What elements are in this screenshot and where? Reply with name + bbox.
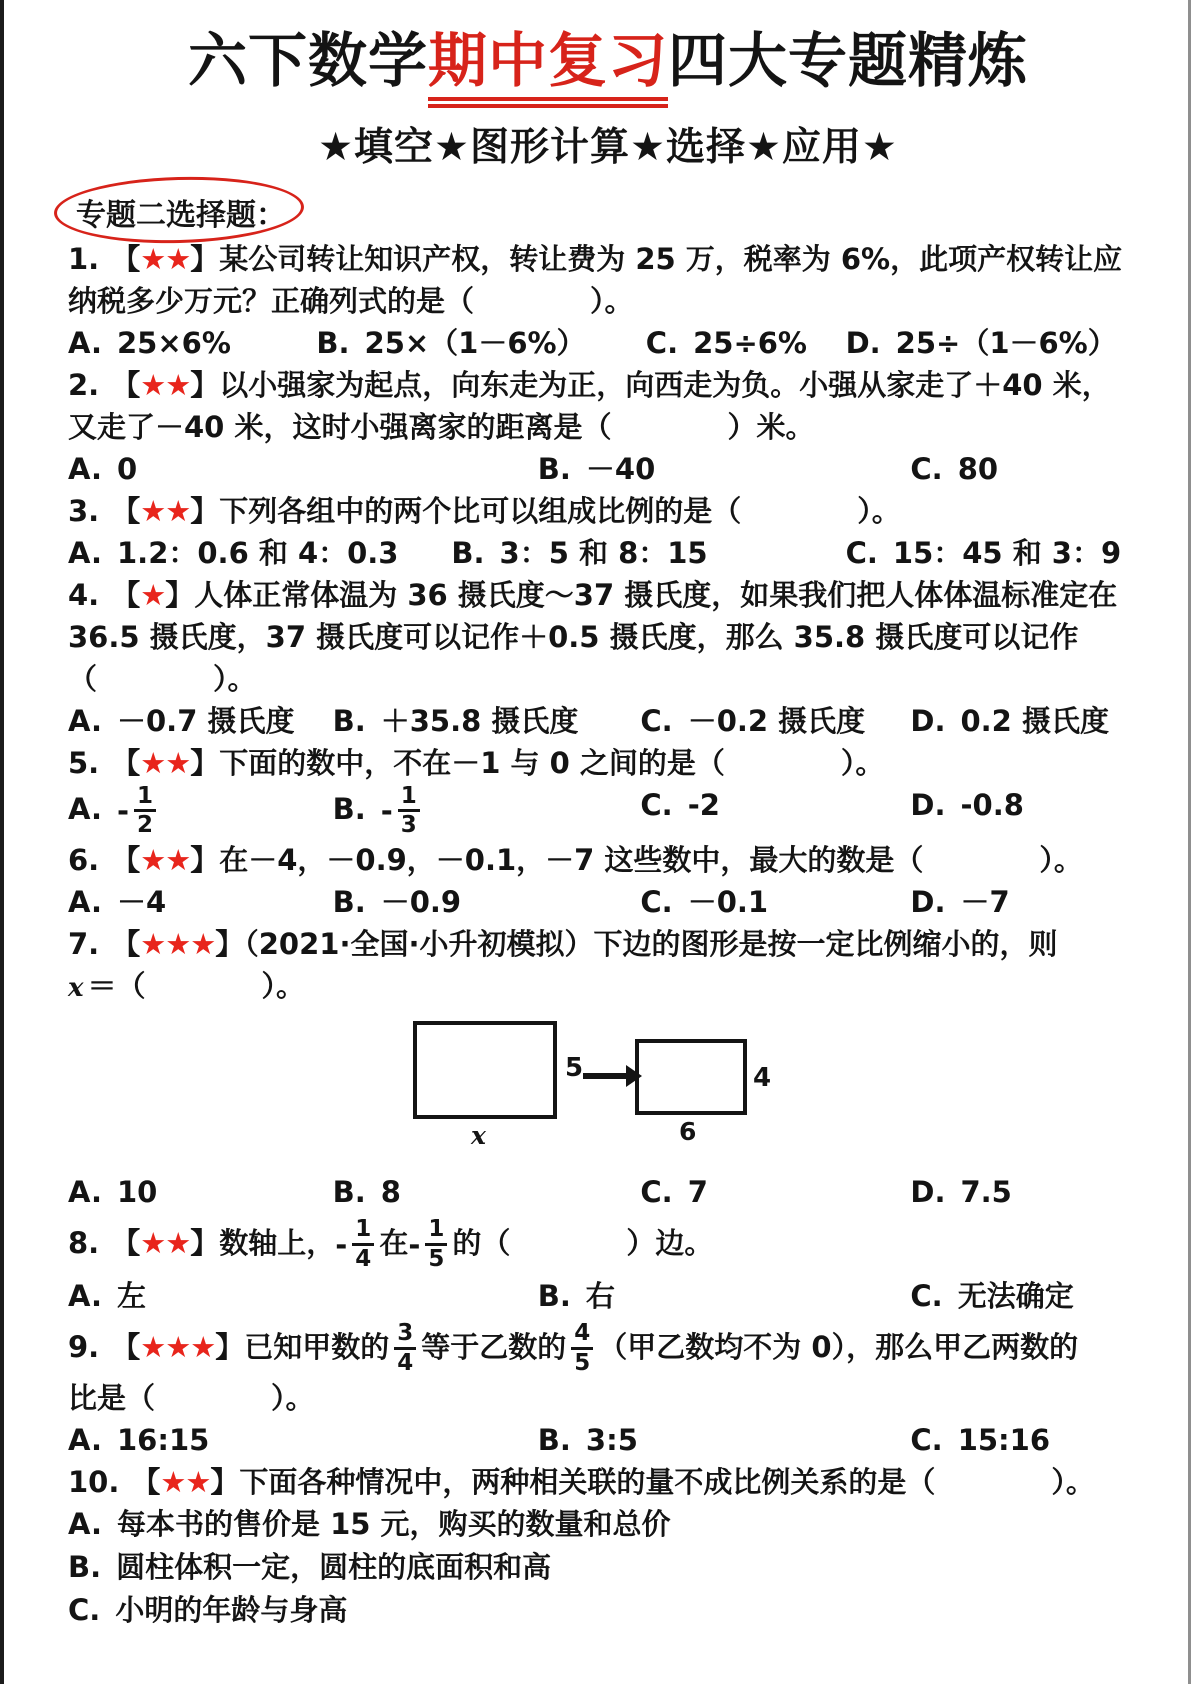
question-block-7: 7.【★★★】（2021·全国·小升初模拟）下边的图形是按一定比例缩小的，则 x… <box>68 923 1148 1213</box>
bracket-close: 】 <box>190 843 219 877</box>
option-label: A. <box>68 885 102 919</box>
option-a: A.左 <box>68 1275 538 1317</box>
option-c: C.无法确定 <box>910 1275 1148 1317</box>
worksheet-page: 六下数学期中复习四大专题精炼 ★填空★图形计算★选择★应用★ 专题二选择题： 1… <box>0 0 1191 1684</box>
option-text: 3：5 和 8：15 <box>500 536 708 570</box>
question-number: 1. <box>68 242 99 276</box>
option-b: B.25×（1－6%） <box>316 322 645 364</box>
question-block-10: 10.【★★】下面各种情况中，两种相关联的量不成比例关系的是（ ）。 A.每本书… <box>68 1461 1148 1632</box>
page-title: 六下数学期中复习四大专题精炼 <box>68 26 1148 108</box>
bracket-close: 】 <box>210 1465 239 1499</box>
options-row: A.1.2：0.6 和 4：0.3 B.3：5 和 8：15 C.15：45 和… <box>68 532 1148 574</box>
fraction-numerator: 4 <box>571 1321 593 1347</box>
question-block-8: 8.【★★】数轴上，-14在-15的（ ）边。 A.左 B.右 C.无法确定 <box>68 1213 1148 1317</box>
fraction-denominator: 5 <box>571 1347 593 1377</box>
question-block-2: 2.【★★】以小强家为起点，向东走为正，向西走为负。小强从家走了＋40 米， 又… <box>68 364 1148 490</box>
option-text: 左 <box>117 1279 146 1313</box>
option-d: D.0.2 摄氏度 <box>910 700 1148 742</box>
option-text: 每本书的售价是 15 元，购买的数量和总价 <box>117 1507 671 1541</box>
fraction-sign: - <box>335 1215 347 1275</box>
option-text: 7 <box>688 1175 708 1209</box>
option-label: C. <box>846 536 878 570</box>
bracket-open: 【 <box>111 494 140 528</box>
option-label: A. <box>68 326 102 360</box>
question-text: （2021·全国·小升初模拟）下边的图形是按一定比例缩小的，则 <box>244 927 1057 961</box>
question-block-4: 4.【★】人体正常体温为 36 摄氏度～37 摄氏度，如果我们把人体体温标准定在… <box>68 574 1148 742</box>
option-label: B. <box>538 452 571 486</box>
figure-label-small-height: 4 <box>753 1065 771 1091</box>
option-d: D.7.5 <box>910 1171 1148 1213</box>
option-label: D. <box>910 788 945 822</box>
question-block-6: 6.【★★】在－4，－0.9，－0.1，－7 这些数中，最大的数是（ ）。 A.… <box>68 839 1148 923</box>
option-d: D.－7 <box>910 881 1148 923</box>
option-b: B.3：5 和 8：15 <box>451 532 845 574</box>
option-a: A.0 <box>68 448 538 490</box>
option-b: B.－40 <box>538 448 911 490</box>
option-label: B. <box>333 792 366 826</box>
star-rating: ★ <box>140 578 165 612</box>
question-text: 在－4，－0.9，－0.1，－7 这些数中，最大的数是（ ）。 <box>219 843 1083 877</box>
worksheet-content: 六下数学期中复习四大专题精炼 ★填空★图形计算★选择★应用★ 专题二选择题： 1… <box>4 0 1188 1632</box>
star-rating: ★★★ <box>140 927 215 961</box>
option-b: B.－0.9 <box>333 881 641 923</box>
bracket-close: 】 <box>190 1226 219 1260</box>
option-label: A. <box>68 1507 102 1541</box>
option-label: A. <box>68 704 102 738</box>
option-a: A.－0.7 摄氏度 <box>68 700 333 742</box>
question-text: 某公司转让知识产权，转让费为 25 万，税率为 6%，此项产权转让应 <box>219 242 1122 276</box>
fraction: 12 <box>134 784 156 840</box>
question-number: 2. <box>68 368 99 402</box>
bracket-open: 【 <box>111 1330 140 1364</box>
bracket-close: 】 <box>190 242 219 276</box>
question-number: 3. <box>68 494 99 528</box>
option-label: B. <box>333 885 366 919</box>
option-label: D. <box>846 326 881 360</box>
star-rating: ★★ <box>140 368 190 402</box>
bracket-open: 【 <box>111 927 140 961</box>
question-text: 下列各组中的两个比可以组成比例的是（ ）。 <box>219 494 901 528</box>
star-rating: ★★ <box>140 494 190 528</box>
option-text: -0.8 <box>960 788 1023 822</box>
option-c: C.小明的年龄与身高 <box>68 1589 1148 1632</box>
title-left: 六下数学 <box>188 26 428 95</box>
option-b: B.＋35.8 摄氏度 <box>333 700 641 742</box>
question-10-line-1: 10.【★★】下面各种情况中，两种相关联的量不成比例关系的是（ ）。 <box>68 1461 1148 1503</box>
bracket-close: 】 <box>215 1330 244 1364</box>
option-a: A.1.2：0.6 和 4：0.3 <box>68 532 451 574</box>
question-block-1: 1.【★★】某公司转让知识产权，转让费为 25 万，税率为 6%，此项产权转让应… <box>68 238 1148 364</box>
option-label: C. <box>646 326 678 360</box>
bracket-open: 【 <box>111 746 140 780</box>
options-row: A.0 B.－40 C.80 <box>68 448 1148 490</box>
star-rating: ★★ <box>160 1465 210 1499</box>
option-c: C.15:16 <box>910 1419 1148 1461</box>
option-c: C.15：45 和 3：9 <box>846 532 1148 574</box>
options-row: A.－0.7 摄氏度 B.＋35.8 摄氏度 C.－0.2 摄氏度 D.0.2 … <box>68 700 1148 742</box>
question-block-9: 9.【★★★】已知甲数的34等于乙数的45（甲乙数均不为 0），那么甲乙两数的 … <box>68 1317 1148 1461</box>
question-3-line-1: 3.【★★】下列各组中的两个比可以组成比例的是（ ）。 <box>68 490 1148 532</box>
fraction: 13 <box>398 784 420 840</box>
fraction-denominator: 4 <box>394 1347 416 1377</box>
question-9-line-2: 比是（ ）。 <box>68 1377 1148 1419</box>
question-number: 9. <box>68 1330 99 1364</box>
option-label: A. <box>68 792 102 826</box>
option-c: C.25÷6% <box>646 322 846 364</box>
option-label: C. <box>640 704 672 738</box>
option-text: 1.2：0.6 和 4：0.3 <box>117 536 399 570</box>
section-wrap: 专题二选择题： <box>68 182 1148 238</box>
bracket-close: 】 <box>190 368 219 402</box>
option-c: C.-2 <box>640 784 910 840</box>
question-number: 4. <box>68 578 99 612</box>
question-block-3: 3.【★★】下列各组中的两个比可以组成比例的是（ ）。 A.1.2：0.6 和 … <box>68 490 1148 574</box>
options-row: A.10 B.8 C.7 D.7.5 <box>68 1171 1148 1213</box>
option-b: B.右 <box>538 1275 911 1317</box>
star-rating: ★★ <box>140 242 190 276</box>
option-label: B. <box>316 326 349 360</box>
title-right: 四大专题精炼 <box>668 26 1028 95</box>
option-d: D.25÷（1－6%） <box>846 322 1148 364</box>
question-number: 6. <box>68 843 99 877</box>
option-text: 16:15 <box>117 1423 209 1457</box>
question-text: 的（ ）边。 <box>452 1226 713 1260</box>
figure-label-small-width: 6 <box>679 1119 696 1144</box>
question-number: 5. <box>68 746 99 780</box>
option-text: 无法确定 <box>958 1279 1074 1313</box>
fraction-denominator: 4 <box>352 1243 374 1273</box>
star-rating: ★★★ <box>140 1330 215 1364</box>
question-7-line-2: x＝（ ）。 <box>68 965 1148 1009</box>
question-5-line-1: 5.【★★】下面的数中，不在－1 与 0 之间的是（ ）。 <box>68 742 1148 784</box>
option-text: －0.7 摄氏度 <box>117 704 294 738</box>
question-block-5: 5.【★★】下面的数中，不在－1 与 0 之间的是（ ）。 A.-12 B.-1… <box>68 742 1148 840</box>
options-row: A.16:15 B.3:5 C.15:16 <box>68 1419 1148 1461</box>
option-text: 圆柱体积一定，圆柱的底面积和高 <box>116 1550 551 1584</box>
question-2-line-1: 2.【★★】以小强家为起点，向东走为正，向西走为负。小强从家走了＋40 米， <box>68 364 1148 406</box>
option-label: B. <box>333 704 366 738</box>
option-label: A. <box>68 1423 102 1457</box>
bracket-open: 【 <box>111 1226 140 1260</box>
question-text: 数轴上， <box>219 1226 335 1260</box>
fraction-sign: - <box>117 790 129 832</box>
variable-x: x <box>68 973 84 1003</box>
option-label: C. <box>910 452 942 486</box>
small-rectangle <box>635 1039 747 1115</box>
option-text: 15：45 和 3：9 <box>893 536 1121 570</box>
question-4-line-1: 4.【★】人体正常体温为 36 摄氏度～37 摄氏度，如果我们把人体体温标准定在 <box>68 574 1148 616</box>
question-text: 人体正常体温为 36 摄氏度～37 摄氏度，如果我们把人体体温标准定在 <box>194 578 1117 612</box>
option-label: B. <box>68 1550 101 1584</box>
options-row: A.左 B.右 C.无法确定 <box>68 1275 1148 1317</box>
figure-label-large-height: 5 <box>565 1055 583 1081</box>
fraction-numerator: 1 <box>134 784 156 810</box>
option-text: －0.1 <box>688 885 768 919</box>
question-text: 等于乙数的 <box>421 1330 566 1364</box>
bracket-open: 【 <box>111 368 140 402</box>
fraction: 34 <box>394 1321 416 1377</box>
option-b: B.8 <box>333 1171 641 1213</box>
question-text: ＝（ ）。 <box>88 969 306 1003</box>
option-c: C.－0.1 <box>640 881 910 923</box>
question-text: 下面的数中，不在－1 与 0 之间的是（ ）。 <box>219 746 884 780</box>
bracket-open: 【 <box>111 242 140 276</box>
question-7-line-1: 7.【★★★】（2021·全国·小升初模拟）下边的图形是按一定比例缩小的，则 <box>68 923 1148 965</box>
option-c: C.－0.2 摄氏度 <box>640 700 910 742</box>
question-9-line-1: 9.【★★★】已知甲数的34等于乙数的45（甲乙数均不为 0），那么甲乙两数的 <box>68 1317 1148 1377</box>
option-text: 10 <box>117 1175 157 1209</box>
option-label: A. <box>68 452 102 486</box>
bracket-close: 】 <box>165 578 194 612</box>
option-text: 15:16 <box>958 1423 1050 1457</box>
option-label: D. <box>910 1175 945 1209</box>
option-text: 8 <box>381 1175 401 1209</box>
option-text: 80 <box>958 452 998 486</box>
option-text: 3:5 <box>586 1423 638 1457</box>
bracket-open: 【 <box>111 578 140 612</box>
option-label: A. <box>68 1175 102 1209</box>
option-text: －40 <box>586 452 655 486</box>
fraction-sign: - <box>408 1215 420 1275</box>
option-d: D.-0.8 <box>910 784 1148 840</box>
fraction: 14 <box>352 1217 374 1273</box>
options-row: A.25×6% B.25×（1－6%） C.25÷6% D.25÷（1－6%） <box>68 322 1148 364</box>
question-text: 在 <box>379 1226 408 1260</box>
fraction-numerator: 1 <box>398 784 420 810</box>
option-label: A. <box>68 536 102 570</box>
question-8-line-1: 8.【★★】数轴上，-14在-15的（ ）边。 <box>68 1213 1148 1275</box>
option-a: A.－4 <box>68 881 333 923</box>
option-label: C. <box>910 1423 942 1457</box>
fraction-denominator: 3 <box>398 809 420 839</box>
option-text: 25×6% <box>117 326 231 360</box>
option-label: D. <box>910 885 945 919</box>
option-a: A.每本书的售价是 15 元，购买的数量和总价 <box>68 1503 1148 1546</box>
option-text: 右 <box>586 1279 615 1313</box>
option-text: 25×（1－6%） <box>365 326 586 360</box>
scale-figure: 5 4 x 6 <box>413 1021 1148 1159</box>
bracket-close: 】 <box>190 494 219 528</box>
question-6-line-1: 6.【★★】在－4，－0.9，－0.1，－7 这些数中，最大的数是（ ）。 <box>68 839 1148 881</box>
figure-label-large-width: x <box>471 1123 486 1148</box>
option-a: A.25×6% <box>68 322 316 364</box>
option-label: B. <box>451 536 484 570</box>
option-text: 0 <box>117 452 137 486</box>
bracket-open: 【 <box>111 843 140 877</box>
question-1-line-1: 1.【★★】某公司转让知识产权，转让费为 25 万，税率为 6%，此项产权转让应 <box>68 238 1148 280</box>
option-a: A.16:15 <box>68 1419 538 1461</box>
option-c: C.80 <box>910 448 1148 490</box>
options-row: A.－4 B.－0.9 C.－0.1 D.－7 <box>68 881 1148 923</box>
option-text: 0.2 摄氏度 <box>960 704 1108 738</box>
red-oval-annotation <box>53 173 305 246</box>
option-text: 小明的年龄与身高 <box>115 1593 347 1627</box>
option-text: －7 <box>960 885 1009 919</box>
fraction-denominator: 2 <box>134 809 156 839</box>
fraction-denominator: 5 <box>425 1243 447 1273</box>
option-label: C. <box>640 788 672 822</box>
fraction: 15 <box>425 1217 447 1273</box>
section-header: 专题二选择题： <box>68 182 298 240</box>
options-row: A.-12 B.-13 C.-2 D.-0.8 <box>68 784 1148 840</box>
option-text: 25÷6% <box>693 326 807 360</box>
large-rectangle <box>413 1021 557 1119</box>
fraction-numerator: 1 <box>425 1217 447 1243</box>
option-text: 7.5 <box>960 1175 1011 1209</box>
option-text: －0.2 摄氏度 <box>688 704 865 738</box>
option-label: B. <box>538 1279 571 1313</box>
question-4-line-2: 36.5 摄氏度，37 摄氏度可以记作＋0.5 摄氏度，那么 35.8 摄氏度可… <box>68 616 1148 658</box>
option-label: C. <box>68 1593 100 1627</box>
fraction-numerator: 1 <box>352 1217 374 1243</box>
question-4-line-3: （ ）。 <box>68 658 1148 700</box>
question-number: 10. <box>68 1465 119 1499</box>
question-text: 下面各种情况中，两种相关联的量不成比例关系的是（ ）。 <box>239 1465 1095 1499</box>
option-b: B.-13 <box>333 784 641 840</box>
option-text: －0.9 <box>381 885 461 919</box>
option-b: B.3:5 <box>538 1419 911 1461</box>
option-text: 25÷（1－6%） <box>896 326 1117 360</box>
star-rating: ★★ <box>140 1226 190 1260</box>
bracket-close: 】 <box>215 927 244 961</box>
option-c: C.7 <box>640 1171 910 1213</box>
option-label: B. <box>538 1423 571 1457</box>
star-rating: ★★ <box>140 746 190 780</box>
arrow-icon <box>583 1073 627 1079</box>
question-text: （甲乙数均不为 0），那么甲乙两数的 <box>598 1330 1078 1364</box>
question-number: 8. <box>68 1226 99 1260</box>
option-label: A. <box>68 1279 102 1313</box>
question-text: 已知甲数的 <box>244 1330 389 1364</box>
title-highlight: 期中复习 <box>428 26 668 108</box>
option-a: A.10 <box>68 1171 333 1213</box>
question-1-line-2: 纳税多少万元？正确列式的是（ ）。 <box>68 280 1148 322</box>
option-label: D. <box>910 704 945 738</box>
question-number: 7. <box>68 927 99 961</box>
question-2-line-2: 又走了－40 米，这时小强离家的距离是（ ）米。 <box>68 406 1148 448</box>
page-subtitle: ★填空★图形计算★选择★应用★ <box>68 116 1148 172</box>
option-b: B.圆柱体积一定，圆柱的底面积和高 <box>68 1546 1148 1589</box>
option-label: C. <box>640 885 672 919</box>
option-text: -2 <box>688 788 720 822</box>
fraction: 45 <box>571 1321 593 1377</box>
fraction-sign: - <box>381 790 393 832</box>
star-rating: ★★ <box>140 843 190 877</box>
option-a: A.-12 <box>68 784 333 840</box>
bracket-close: 】 <box>190 746 219 780</box>
option-label: C. <box>910 1279 942 1313</box>
option-text: －4 <box>117 885 166 919</box>
bracket-open: 【 <box>131 1465 160 1499</box>
option-label: C. <box>640 1175 672 1209</box>
option-label: B. <box>333 1175 366 1209</box>
question-text: 以小强家为起点，向东走为正，向西走为负。小强从家走了＋40 米， <box>219 368 1110 402</box>
fraction-numerator: 3 <box>394 1321 416 1347</box>
option-text: ＋35.8 摄氏度 <box>381 704 579 738</box>
